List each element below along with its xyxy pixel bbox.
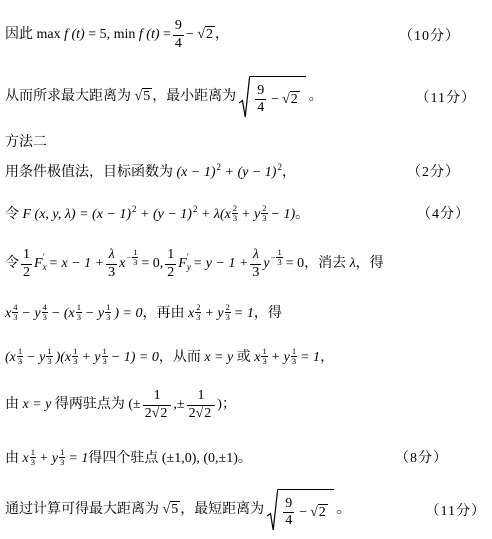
minus-sign: − (271, 253, 276, 262)
symbol-x: x (119, 256, 125, 271)
text-then-by: ，再由 (143, 306, 185, 321)
text-two-stationary-points: 得两驻点为 (55, 397, 125, 412)
minus-sign: − (126, 253, 131, 262)
exponent-fraction-1-3: 13 (72, 347, 78, 367)
exponent-fraction-1-3: 13 (30, 448, 36, 468)
fraction-lambda-third: λ3 (106, 247, 117, 280)
text-or: 或 (237, 350, 251, 365)
symbol-x: x (23, 451, 29, 466)
score-badge: （10分） (399, 25, 460, 45)
exponent-fraction-1-3: 13 (291, 347, 297, 367)
formula-line-9: 由 x = y 得两驻点为 (±12√2,±12√2)； (5, 380, 488, 430)
sqrt-radical: √2 (310, 505, 328, 521)
open-paren-pm: (± (128, 397, 140, 412)
sqrt-radical: √2 (152, 405, 170, 421)
equals-zero: = 0 (286, 256, 304, 271)
expr-minus-paren-x: − (x (51, 306, 75, 321)
radical-icon (239, 76, 250, 118)
fraction-one-half: 12 (21, 247, 32, 280)
period: 。 (238, 451, 252, 466)
exponent-fraction-1-3: 13 (76, 303, 82, 323)
fraction-nine-fourths: 94 (283, 496, 294, 529)
exponent-fraction-1-3: 13 (46, 347, 52, 367)
equals-five: = 5, (88, 27, 110, 42)
exponent-fraction-1-3: 13 (17, 347, 23, 367)
function-f-t: f (t) (64, 27, 85, 42)
score-badge: （11分） (416, 87, 476, 107)
minus-sign: − (299, 505, 307, 521)
expr-minus-y: − y (21, 306, 40, 321)
score-badge: （2分） (407, 161, 460, 181)
expr-eq-one: = 1 (300, 350, 320, 365)
document-page: 因此 max f (t) = 5, min f (t) =94− √2， （10… (0, 0, 492, 539)
text-hence-max-distance: 从而所求最大距离为 (5, 89, 131, 104)
method-two-heading: 方法二 (5, 130, 488, 152)
line-11-content: 通过计算可得最大距离为 √5，最短距离为94−√2。 (5, 489, 351, 531)
equals-zero: = 0, (141, 256, 163, 271)
exponent-fraction-1-3: 13 (105, 303, 111, 323)
expr-eq-one: = 1 (68, 451, 88, 466)
expr-y-minus-1: + (y − 1) (225, 165, 277, 180)
expr-eq-zero: ) = 0 (114, 306, 142, 321)
line-6-content: 令12F′x= x − 1 +λ3x−13= 0,12F′y= y − 1 +λ… (5, 247, 384, 280)
expr-minus-y: − y (26, 350, 45, 365)
score-badge: （11分） (426, 500, 486, 520)
exponent-fraction-2-3: 23 (225, 303, 231, 323)
expr-plus-y: + y (81, 350, 100, 365)
exponent-two: 2 (193, 204, 198, 214)
fraction-1-over-2sqrt2: 12√2 (187, 388, 216, 421)
comma: ， (282, 165, 296, 180)
formula-line-1: 因此 max f (t) = 5, min f (t) =94− √2， （10… (5, 12, 488, 58)
plus-minus-sign: ± (177, 397, 185, 412)
sqrt-radical: √2 (196, 405, 214, 421)
exponent-fraction-2-3: 23 (232, 204, 238, 224)
expr-open-paren-x: (x (5, 350, 16, 365)
text-shortest-distance: ，最短距离为 (180, 502, 264, 517)
symbol-F: F (34, 256, 43, 271)
semicolon: ； (222, 397, 236, 412)
symbol-F: F (178, 256, 187, 271)
exponent-two: 2 (217, 162, 222, 172)
line-8-content: (x13− y13)(x13+ y13− 1) = 0，从而 x = y 或 x… (5, 346, 334, 367)
expr-x-equals-y: x = y (23, 397, 52, 412)
line-5-content: 令 F (x, y, λ) = (x − 1)2 + (y − 1)2 + λ(… (5, 203, 309, 224)
symbol-x: x (188, 306, 194, 321)
text-min-distance: ，最小距离为 (152, 89, 236, 104)
line-10-content: 由 x13+ y13= 1得四个驻点 (±1,0), (0,±1)。 (5, 447, 252, 468)
sqrt-radical: √2 (282, 92, 300, 108)
text-by: 由 (5, 397, 19, 412)
expr-x-equals-y: x = y (204, 350, 233, 365)
prime-mark: ′ (43, 252, 47, 262)
exponent-fraction-2-3: 23 (261, 204, 267, 224)
text-thus: ，从而 (159, 350, 201, 365)
line-7-content: x43− y43− (x13− y13) = 0，再由 x23+ y23= 1，… (5, 302, 282, 323)
sqrt-radical: √5 (163, 501, 181, 517)
text-therefore: 因此 (5, 27, 33, 42)
formula-line-4: 用条件极值法，目标函数为 (x − 1)2 + (y − 1)2， （2分） (5, 156, 488, 186)
prime-subscript-y: ′y (187, 252, 191, 273)
expr-minus-1-eq-0: − 1) = 0 (111, 350, 159, 365)
fraction-nine-fourths: 94 (173, 18, 184, 51)
radical-icon: √ (310, 505, 318, 520)
fraction-one-half: 12 (165, 247, 176, 280)
exponent-fraction-4-3: 43 (12, 303, 18, 323)
line-2-content: 从而所求最大距离为 √5，最小距离为94−√2。 (5, 76, 323, 118)
exponent-fraction-2-3: 23 (195, 303, 201, 323)
expr-plus-y: + y (39, 451, 58, 466)
exponent-fraction-1-3: 13 (102, 347, 108, 367)
radical-icon: √ (197, 27, 205, 42)
score-badge: （4分） (417, 203, 470, 223)
text-eliminate: ，消去 (304, 256, 346, 271)
text-lagrange-method: 用条件极值法，目标函数为 (5, 165, 173, 180)
expr-y-eq: = y − 1 + (193, 256, 249, 271)
expr-plus-y: + y (271, 350, 290, 365)
exponent-fraction-4-3: 43 (42, 303, 48, 323)
exponent-fraction-neg-1-3: −13 (126, 248, 138, 268)
sqrt-radical: √2 (197, 26, 215, 42)
prime-subscript-x: ′x (43, 252, 47, 273)
period: 。 (295, 207, 309, 222)
sqrt-radical-large: 94−√2 (239, 76, 306, 118)
formula-line-2: 从而所求最大距离为 √5，最小距离为94−√2。 （11分） (5, 64, 488, 130)
line-4-content: 用条件极值法，目标函数为 (x − 1)2 + (y − 1)2， (5, 161, 296, 181)
heading-text: 方法二 (5, 131, 47, 151)
line-9-content: 由 x = y 得两驻点为 (±12√2,±12√2)； (5, 388, 236, 421)
period: 。 (309, 89, 323, 104)
comma: ， (215, 27, 229, 42)
expr-x-minus-1: (x − 1) (177, 165, 216, 180)
formula-line-10: 由 x13+ y13= 1得四个驻点 (±1,0), (0,±1)。 （8分） (5, 435, 488, 479)
comma: ， (320, 350, 334, 365)
radical-icon: √ (282, 92, 290, 107)
exponent-fraction-1-3: 13 (59, 448, 65, 468)
fraction-1-over-2sqrt2: 12√2 (143, 388, 172, 421)
text-by: 由 (5, 451, 19, 466)
operator-min: min (114, 27, 136, 42)
formula-line-6: 令12F′x= x − 1 +λ3x−13= 0,12F′y= y − 1 +λ… (5, 238, 488, 290)
expr-minus-y: − y (85, 306, 104, 321)
expr-y-term: + (y − 1) (140, 207, 192, 222)
formula-line-5: 令 F (x, y, λ) = (x − 1)2 + (y − 1)2 + λ(… (5, 190, 488, 236)
symbol-x: x (5, 306, 11, 321)
expr-close-open-x: )(x (56, 350, 72, 365)
expr-lambda-x: + λ(x (201, 207, 231, 222)
expr-plus-y: + y (204, 306, 223, 321)
sqrt-radical-large: 94−√2 (267, 489, 334, 531)
symbol-y: y (263, 256, 269, 271)
expr-minus-one: − 1) (271, 207, 296, 222)
formula-line-11: 通过计算可得最大距离为 √5，最短距离为94−√2。 （11分） (5, 483, 488, 537)
expr-plus-y: + y (241, 207, 260, 222)
expr-points: (±1,0), (0,±1) (162, 451, 238, 466)
function-f-t: f (t) (139, 27, 160, 42)
exponent-two: 2 (132, 204, 137, 214)
text-four-stationary-points: 得四个驻点 (88, 451, 158, 466)
text-by-computation-max: 通过计算可得最大距离为 (5, 502, 159, 517)
prime-mark: ′ (187, 252, 191, 262)
text-let: 令 (5, 207, 19, 222)
sqrt-radical: √5 (135, 88, 153, 104)
score-badge: （8分） (395, 447, 448, 467)
text-get: ，得 (254, 306, 282, 321)
radical-icon (267, 489, 278, 531)
minus-sign: − (271, 92, 279, 108)
text-let: 令 (5, 256, 19, 271)
expr-F-def: F (x, y, λ) = (x − 1) (23, 207, 132, 222)
text-get: ，得 (356, 256, 384, 271)
equals-sign: = (163, 27, 171, 42)
symbol-x: x (254, 350, 260, 365)
period: 。 (337, 502, 351, 517)
exponent-fraction-neg-1-3: −13 (271, 248, 283, 268)
formula-line-7: x43− y43− (x13− y13) = 0，再由 x23+ y23= 1，… (5, 292, 488, 332)
line-1-content: 因此 max f (t) = 5, min f (t) =94− √2， (5, 18, 229, 51)
fraction-nine-fourths: 94 (255, 83, 266, 116)
minus-sign: − (186, 27, 194, 42)
exponent-fraction-1-3: 13 (261, 347, 267, 367)
formula-line-8: (x13− y13)(x13+ y13− 1) = 0，从而 x = y 或 x… (5, 335, 488, 377)
expr-x-eq: = x − 1 + (49, 256, 105, 271)
operator-max: max (37, 27, 61, 42)
expr-eq-one: = 1 (234, 306, 254, 321)
fraction-lambda-third: λ3 (250, 247, 261, 280)
